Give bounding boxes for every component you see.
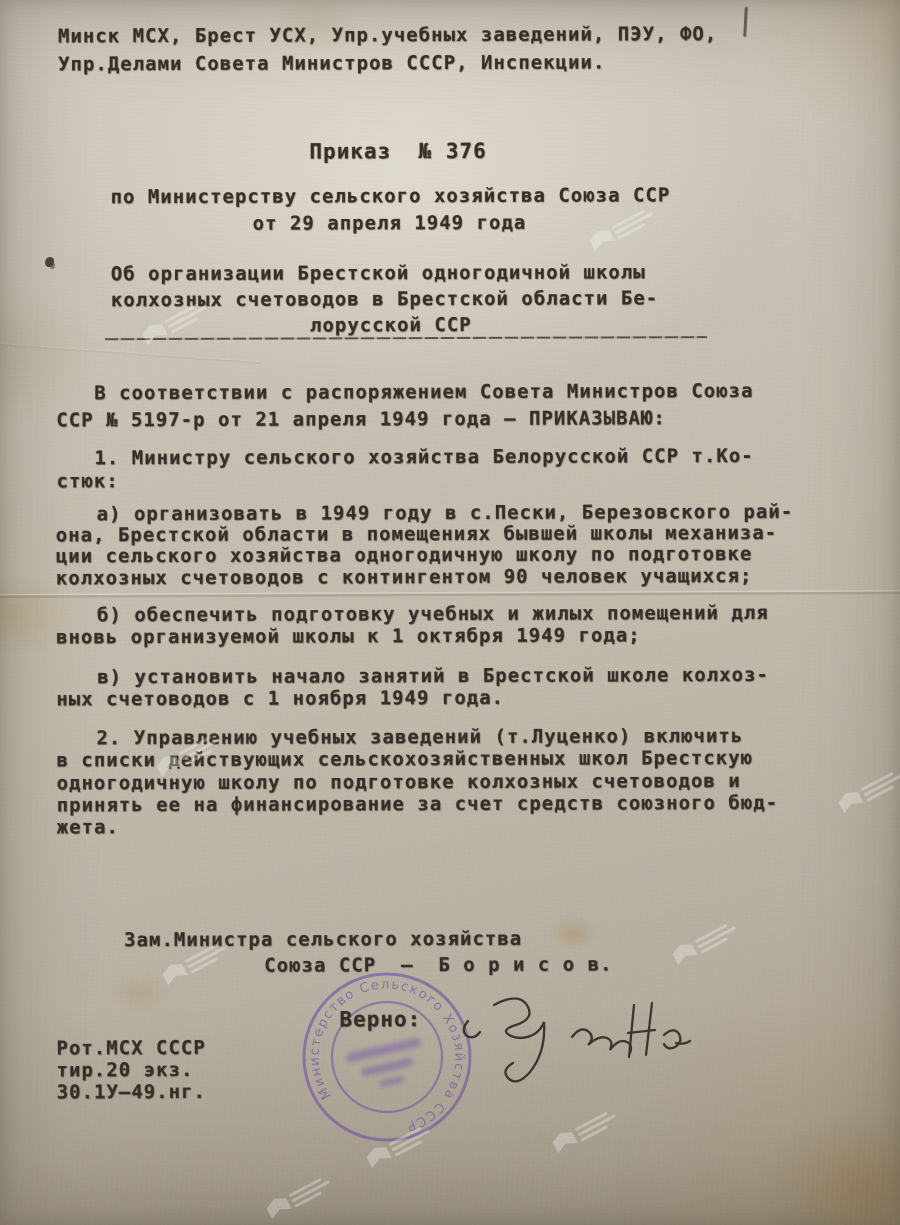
item1b-line: вновь организуемой школы к 1 октября 194… bbox=[56, 624, 641, 648]
item1a-line: ции сельского хозяйства одногодичную шко… bbox=[56, 543, 753, 567]
imprint-line: 30.1У—49.нг. bbox=[57, 1081, 206, 1104]
imprint-line: Рот.МСХ СССР bbox=[56, 1037, 205, 1060]
item2-line: 2. Управлению учебных заведений (т.Луцен… bbox=[96, 725, 743, 749]
distribution-line: Минск МСХ, Брест УСХ, Упр.учебных заведе… bbox=[58, 23, 717, 47]
item2-line: принять ее на финансирование за счет сре… bbox=[57, 792, 779, 817]
subject-underline bbox=[105, 336, 707, 340]
subject-line: колхозных счетоводов в Брестской области… bbox=[111, 287, 658, 311]
scanned-document-photo: Министерство Сельского Хозяйства СССР Ми… bbox=[0, 0, 900, 1225]
item2-line: в списки действующих сельскохозяйственны… bbox=[56, 747, 753, 771]
imprint-line: тир.20 экз. bbox=[57, 1059, 194, 1081]
signoff-line: Зам.Министра сельского хозяйства bbox=[124, 928, 522, 951]
item1c-line: в) установить начало занятий в Брестской… bbox=[97, 664, 769, 688]
item1-line: стюк: bbox=[57, 470, 119, 492]
subject-line: Об организации Брестской одногодичной шк… bbox=[111, 261, 646, 285]
preamble-line: В соответствии с распоряжением Совета Ми… bbox=[94, 380, 753, 404]
preamble-line: ССР № 5197-р от 21 апреля 1949 года – ПР… bbox=[56, 407, 666, 431]
item1c-line: ных счетоводов с 1 ноября 1949 года. bbox=[56, 687, 504, 711]
signoff-line: Союза ССР – Б о р и с о в. bbox=[264, 953, 612, 976]
order-date-line: от 29 апреля 1949 года bbox=[253, 212, 527, 235]
verno-label: Верно: bbox=[339, 1007, 421, 1031]
item1a-line: колхозных счетоводов с контингентом 90 ч… bbox=[56, 565, 753, 589]
ministry-line: по Министерству сельского хозяйства Союз… bbox=[111, 184, 671, 208]
distribution-line: Упр.Делами Совета Министров СССР, Инспек… bbox=[58, 51, 605, 75]
handwritten-signature bbox=[430, 993, 700, 1105]
item1-line: 1. Министру сельского хозяйства Белорусс… bbox=[94, 445, 753, 469]
order-number-title: Приказ № 376 bbox=[309, 139, 486, 164]
item2-line: жета. bbox=[57, 816, 119, 838]
item2-line: одногодичную школу по подготовке колхозн… bbox=[57, 770, 741, 794]
subject-line: лорусской ССР bbox=[310, 314, 472, 337]
item1b-line: б) обеспечить подготовку учебных и жилых… bbox=[97, 602, 769, 626]
